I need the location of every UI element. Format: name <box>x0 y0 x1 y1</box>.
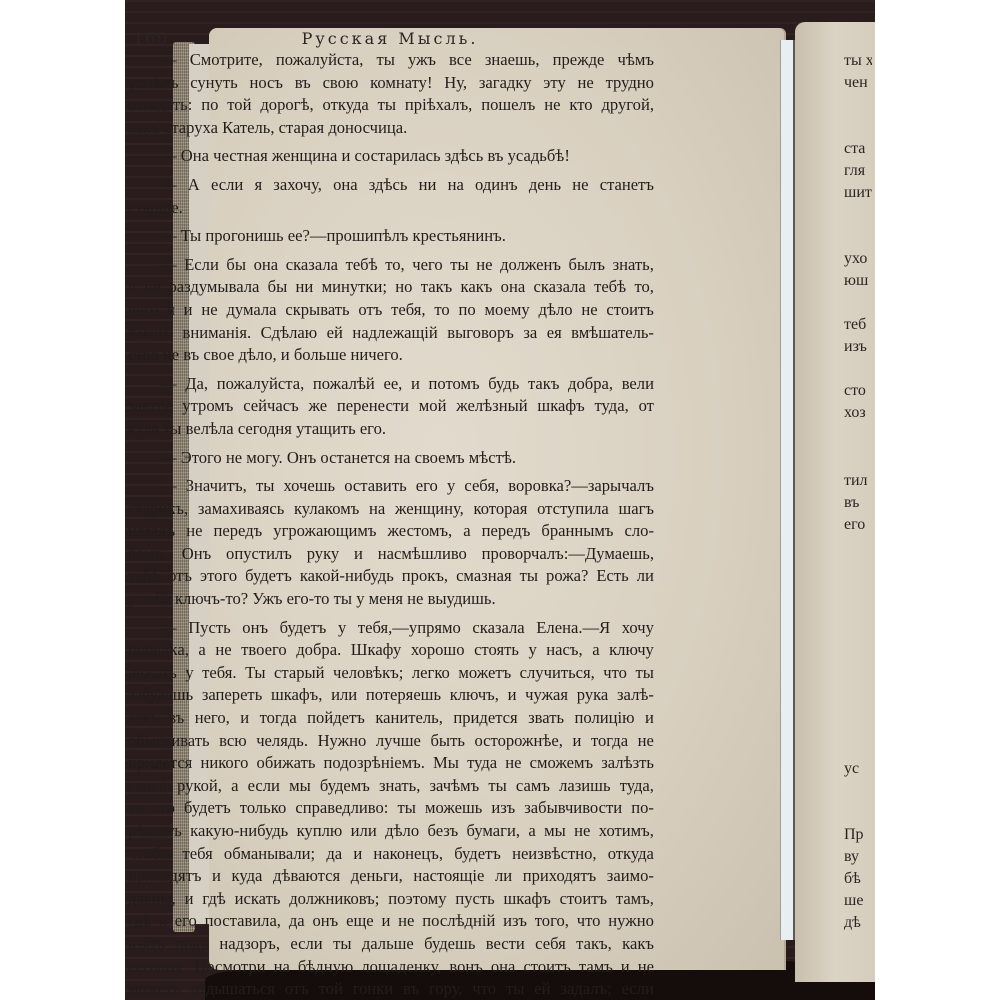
right-page-fragment: въ <box>844 494 872 512</box>
right-page-fragment: дѣ <box>844 914 872 932</box>
text-line: —Аеслиязахочу,оназдѣсьнинаодинъденьнеста… <box>128 174 654 197</box>
text-line: своейрукой,аеслимыбудемъзнать,зачѣмътыса… <box>128 775 654 798</box>
right-page-fragment: ше <box>844 892 872 910</box>
right-page-fragment: теб <box>844 316 872 334</box>
text-line: у тебя ключъ-то? Ужъ его-то ты у меня не… <box>128 588 654 611</box>
text-line: давцы,игдѣискатьдолжниковъ;поэтомупустьш… <box>128 888 654 911</box>
text-line: —Пустьонъбудетъутебя,—упрямосказалаЕлена… <box>128 617 654 640</box>
right-page-fragment: шит <box>844 184 872 202</box>
text-line: —Смотрите,пожалуйста,тыужъвсезнаешь,преж… <box>128 49 654 72</box>
text-line: — Она честная женщина и состарилась здѣс… <box>128 145 654 168</box>
right-page-fragment: тил <box>844 472 872 490</box>
text-line: завтраутромъсейчасъжеперенестимойжелѣзны… <box>128 395 654 418</box>
right-page-fragment: бѣ <box>844 870 872 888</box>
text-line: отгадать:потойдорогѣ,откудатыпріѣхалъ,по… <box>128 94 654 117</box>
right-page-fragment: сто <box>844 382 872 400</box>
text-line: —Да,пожалуйста,пожалѣйее,ипотомъбудьтакъ… <box>128 373 654 396</box>
right-page-fragment: ты х <box>844 52 872 70</box>
text-line: можетъотдышатьсяотътойгонкивъгору,чтотые… <box>128 978 654 1000</box>
right-page-fragment: ухо <box>844 250 872 268</box>
text-line: успѣлъсунутьносъвъсвоюкомнату!Ну,загадку… <box>128 72 654 95</box>
text-line: порядка,анетвоегодобра.Шкафухорошостоять… <box>128 639 654 662</box>
right-page-fragment: его <box>844 516 872 534</box>
text-line: тоэтобудетътолькосправедливо:тыможешьизъ… <box>128 797 654 820</box>
text-line: лежатьутебя.Тыстарыйчеловѣкъ;легкоможетъ… <box>128 662 654 685</box>
right-page-fragment: ста <box>844 140 872 158</box>
right-page-fragment: чен <box>844 74 872 92</box>
right-page-fragment: гля <box>844 162 872 180</box>
text-line: такоговниманія.Сдѣлаюейнадлежащійвыговор… <box>128 322 654 345</box>
text-line: старше. <box>128 197 654 220</box>
text-line: гдѣяегопоставила,даонъещеинепослѣднійизъ… <box>128 910 654 933</box>
text-line: куда ты велѣла сегодня утащить его. <box>128 418 654 441</box>
text-line: взятьподънадзоръ,еслитыдальшебудешьвести… <box>128 933 654 956</box>
right-page-fragment: юш <box>844 272 872 290</box>
text-line: назадънепередъугрожающимъжестомъ,апередъ… <box>128 520 654 543</box>
text-line: рѣшитькакую-нибудькуплюилидѣлобезъбумаги… <box>128 820 654 843</box>
body-text: —Смотрите,пожалуйста,тыужъвсезнаешь,преж… <box>128 49 654 1000</box>
text-line: забудешьзаперетьшкафъ,илипотеряешьключъ,… <box>128 684 654 707</box>
text-line: сегодня.Посмотринабѣднуюлошаденку,вонъон… <box>128 956 654 979</box>
page-gutter <box>780 40 795 940</box>
right-page-fragment: Пр <box>844 826 872 844</box>
text-line: янераздумывалабыниминутки;нотакъкакъонас… <box>128 276 654 299</box>
text-line: обыскиватьвсючелядь.Нужнолучшебытьосторо… <box>128 730 654 753</box>
text-line: старикъ,замахиваяськулакомънаженщину,кот… <box>128 498 654 521</box>
text-line: тебѣотъэтогобудетъкакой-нибудьпрокъ,смаз… <box>128 565 654 588</box>
text-line: вомъ.Онъопустилърукуинасмѣшливопроворчал… <box>128 543 654 566</box>
text-line: придетсяникогообижатьподозрѣніемъ.Мытуда… <box>128 752 654 775</box>
right-page-fragment: хоз <box>844 404 872 422</box>
text-line: —Еслибыонасказалатебѣто,чеготынедолженъб… <box>128 254 654 277</box>
text-line: приходятъикудадѣваютсяденьги,настоящіели… <box>128 865 654 888</box>
text-line: —Значитъ,тыхочешьоставитьегоусебя,воровк… <box>128 475 654 498</box>
text-line: — Этого не могу. Онъ останется на своемъ… <box>128 447 654 470</box>
running-title: Русская Мысль. <box>130 29 650 48</box>
text-line: чегояинедумаласкрыватьотътебя,топомоемуд… <box>128 299 654 322</box>
text-line: ство не въ свое дѣло, и больше ничего. <box>128 344 654 367</box>
text-line: чтобытебяобманывали;даинаконецъ,будетъне… <box>128 843 654 866</box>
right-page-fragment: ву <box>844 848 872 866</box>
text-line: зетъвънего,итогдапойдетъканитель,придетс… <box>128 707 654 730</box>
text-line: — Ты прогонишь ее?—прошипѣлъ крестьянинъ… <box>128 225 654 248</box>
right-page-fragment: ус <box>844 760 872 778</box>
right-page-fragment: изъ <box>844 338 872 356</box>
text-line: какъ старуха Катель, старая доносчица. <box>128 117 654 140</box>
